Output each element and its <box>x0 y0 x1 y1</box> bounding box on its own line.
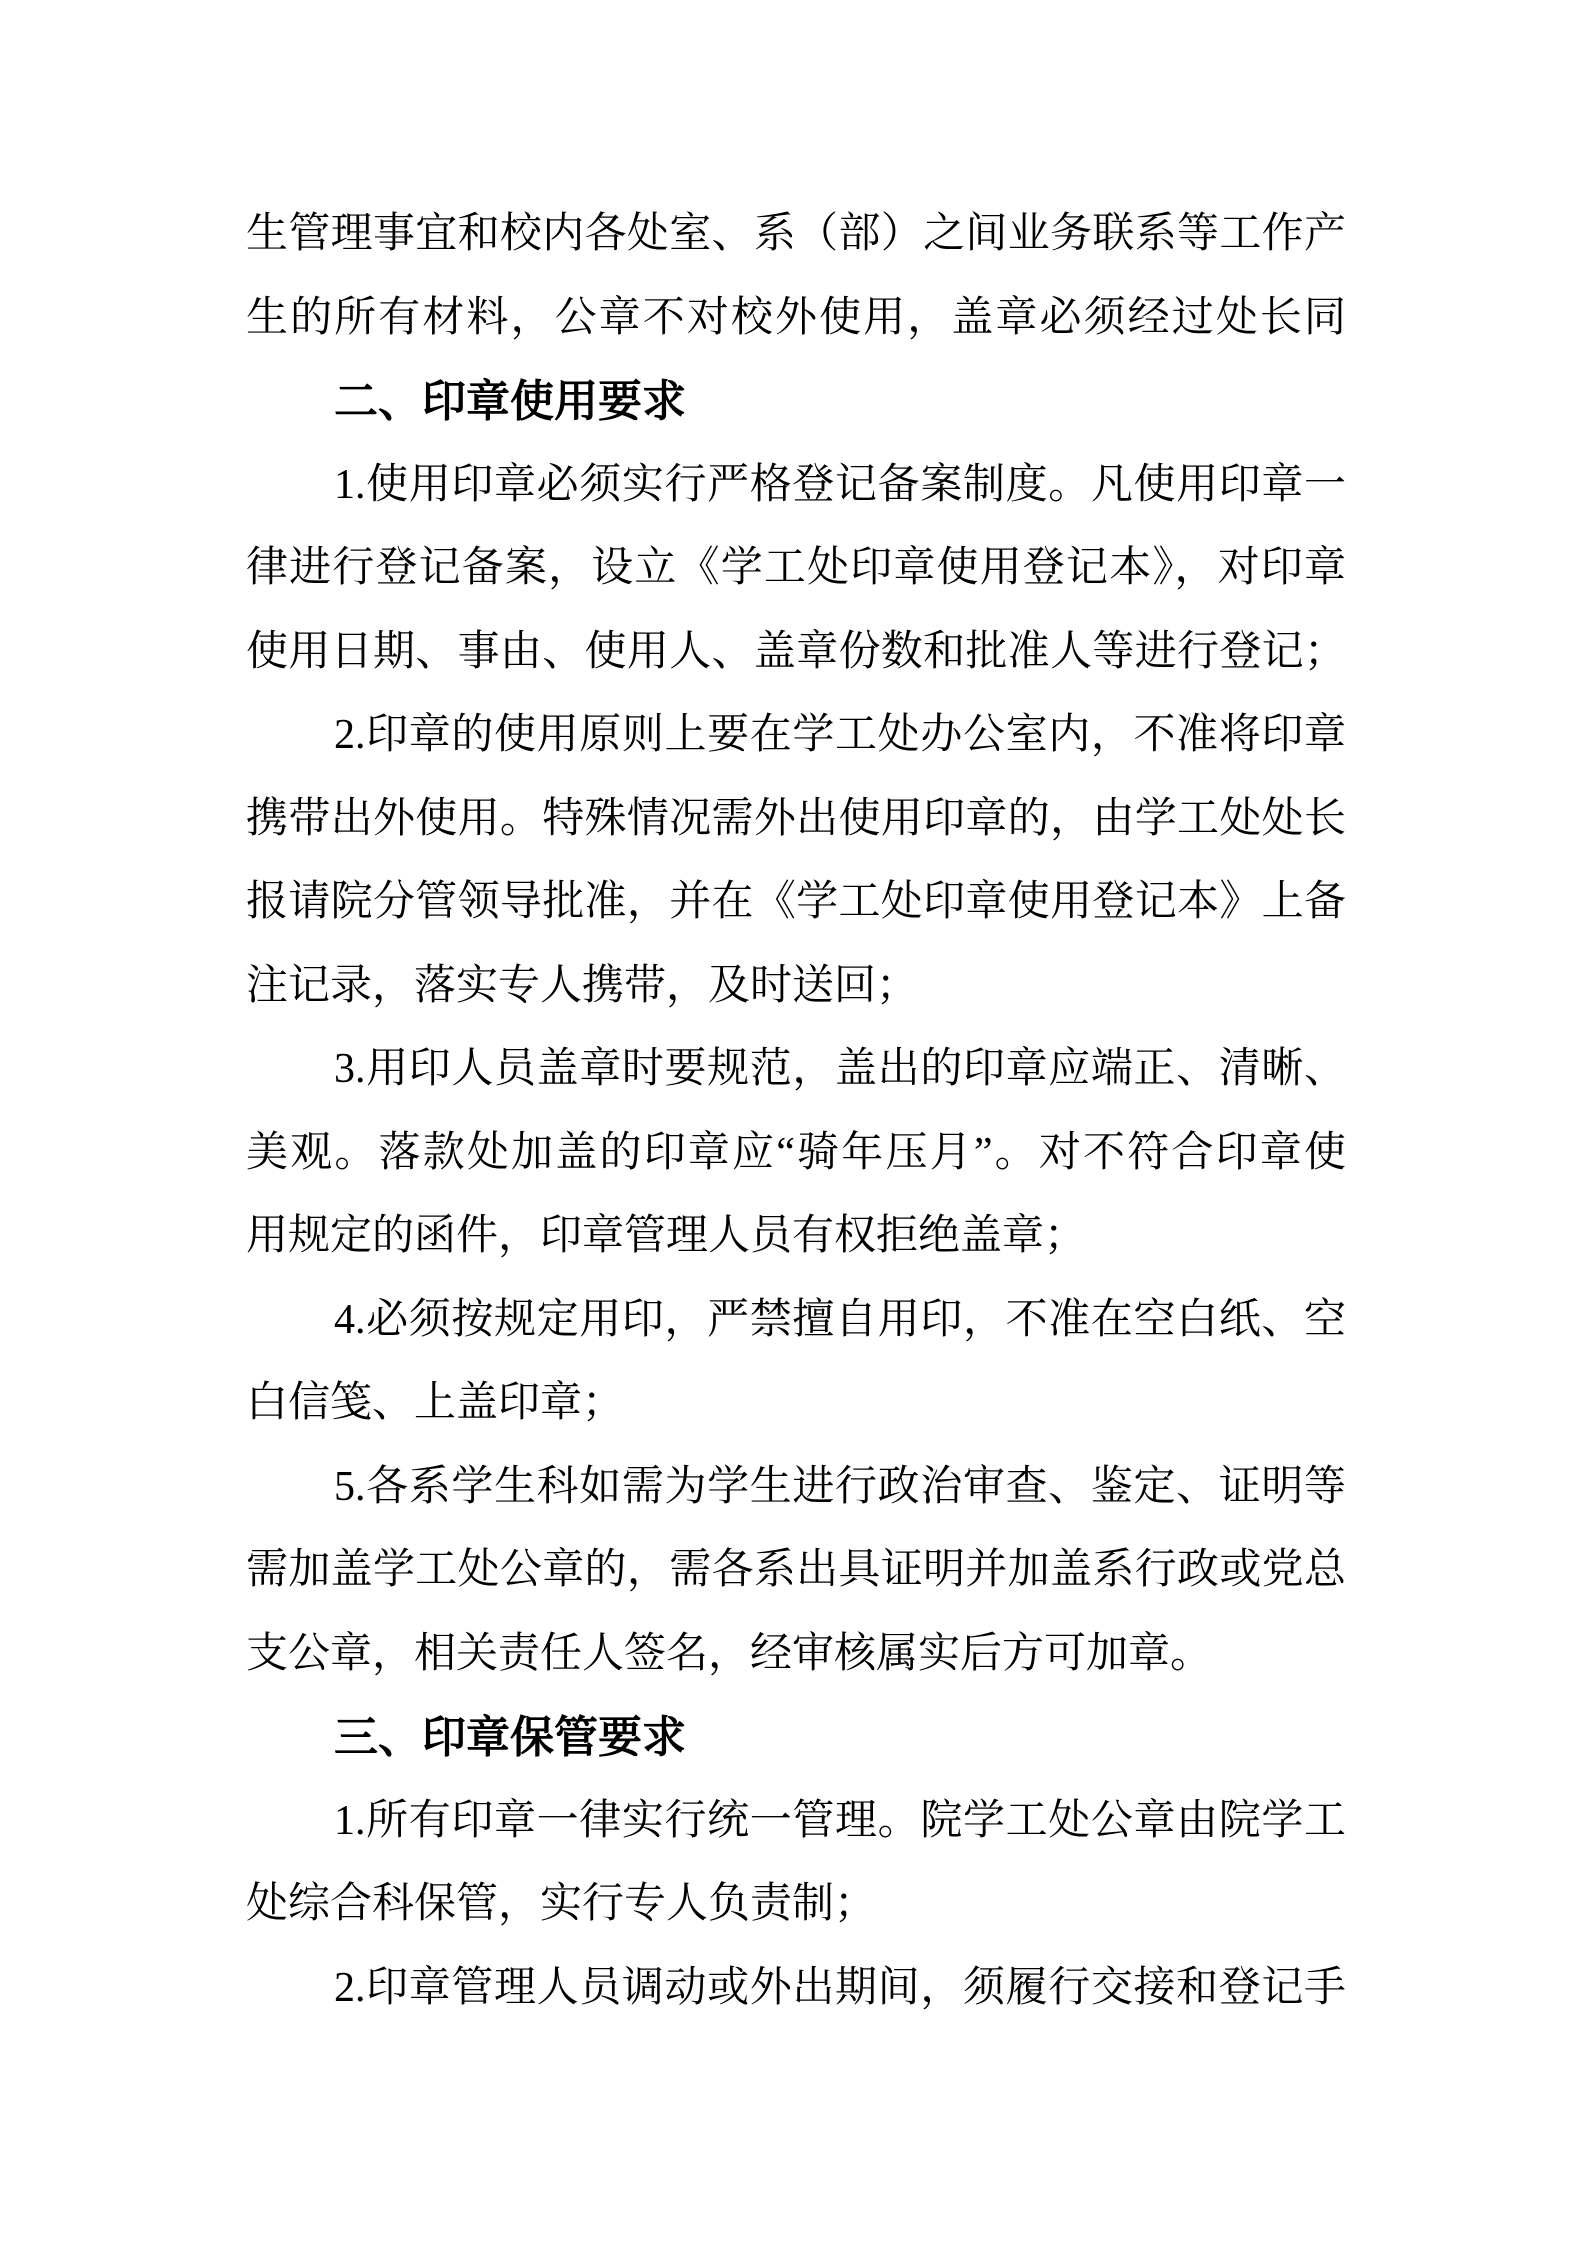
text-line: 携带出外使用。特殊情况需外出使用印章的，由学工处处长 <box>246 778 1346 862</box>
list-item: 2.印章的使用原则上要在学工处办公室内，不准将印章 携带出外使用。特殊情况需外出… <box>246 694 1346 1028</box>
section-heading-seal-custody: 三、印章保管要求 <box>246 1696 1346 1780</box>
list-item: 1.所有印章一律实行统一管理。院学工处公章由院学工 处综合科保管，实行专人负责制… <box>246 1780 1346 1947</box>
text-line: 律进行登记备案，设立《学工处印章使用登记本》，对印章 <box>246 527 1346 611</box>
list-item: 1.使用印章必须实行严格登记备案制度。凡使用印章一 律进行登记备案，设立《学工处… <box>246 444 1346 695</box>
list-item: 4.必须按规定用印，严禁擅自用印，不准在空白纸、空 白信笺、上盖印章； <box>246 1279 1346 1446</box>
text-line: 用规定的函件，印章管理人员有权拒绝盖章； <box>246 1195 1346 1279</box>
text-line: 生的所有材料，公章不对校外使用，盖章必须经过处长同意。 <box>246 277 1346 361</box>
text-line: 使用日期、事由、使用人、盖章份数和批准人等进行登记； <box>246 611 1346 695</box>
list-item: 3.用印人员盖章时要规范，盖出的印章应端正、清晰、 美观。落款处加盖的印章应“骑… <box>246 1028 1346 1279</box>
text-line: 2.印章管理人员调动或外出期间，须履行交接和登记手 <box>246 1947 1346 2031</box>
list-item: 2.印章管理人员调动或外出期间，须履行交接和登记手 <box>246 1947 1346 2031</box>
document-page: 生管理事宜和校内各处室、系（部）之间业务联系等工作产 生的所有材料，公章不对校外… <box>0 0 1587 2245</box>
text-line: 需加盖学工处公章的，需各系出具证明并加盖系行政或党总 <box>246 1529 1346 1613</box>
text-line: 注记录，落实专人携带，及时送回； <box>246 945 1346 1029</box>
list-item: 5.各系学生科如需为学生进行政治审查、鉴定、证明等 需加盖学工处公章的，需各系出… <box>246 1446 1346 1697</box>
text-line: 4.必须按规定用印，严禁擅自用印，不准在空白纸、空 <box>246 1279 1346 1363</box>
text-line: 报请院分管领导批准，并在《学工处印章使用登记本》上备 <box>246 861 1346 945</box>
text-line: 1.使用印章必须实行严格登记备案制度。凡使用印章一 <box>246 444 1346 528</box>
text-line: 支公章，相关责任人签名，经审核属实后方可加章。 <box>246 1613 1346 1697</box>
text-line: 1.所有印章一律实行统一管理。院学工处公章由院学工 <box>246 1780 1346 1864</box>
section-heading-seal-usage: 二、印章使用要求 <box>246 360 1346 444</box>
text-line: 处综合科保管，实行专人负责制； <box>246 1863 1346 1947</box>
text-line: 3.用印人员盖章时要规范，盖出的印章应端正、清晰、 <box>246 1028 1346 1112</box>
text-line: 2.印章的使用原则上要在学工处办公室内，不准将印章 <box>246 694 1346 778</box>
text-line: 生管理事宜和校内各处室、系（部）之间业务联系等工作产 <box>246 193 1346 277</box>
text-line: 白信笺、上盖印章； <box>246 1362 1346 1446</box>
text-line: 5.各系学生科如需为学生进行政治审查、鉴定、证明等 <box>246 1446 1346 1530</box>
text-line: 美观。落款处加盖的印章应“骑年压月”。对不符合印章使 <box>246 1112 1346 1196</box>
paragraph: 生管理事宜和校内各处室、系（部）之间业务联系等工作产 生的所有材料，公章不对校外… <box>246 193 1346 360</box>
